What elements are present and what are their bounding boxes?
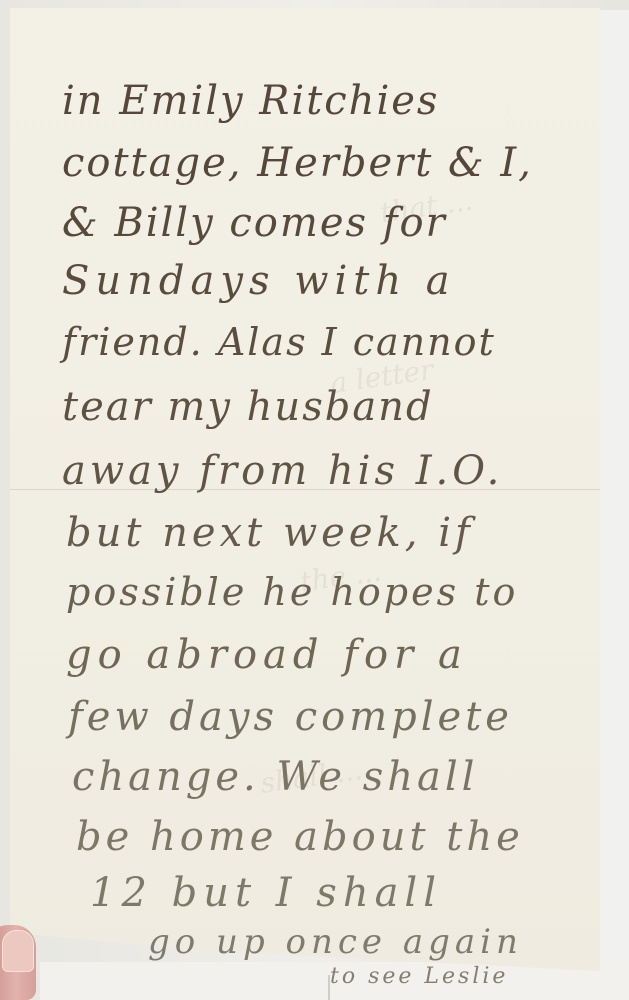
text-line: Sundays with a	[62, 258, 456, 304]
text-line: be home about the	[76, 814, 524, 860]
thumbnail-nail	[2, 930, 34, 972]
text-line: friend. Alas I cannot	[62, 320, 496, 364]
text-line: tear my husband	[62, 384, 434, 430]
text-line: change. We shall	[72, 754, 478, 800]
text-line: but next week, if	[66, 510, 474, 556]
text-line: 12 but I shall	[90, 870, 442, 916]
text-line: to see Leslie	[330, 964, 508, 989]
text-line: go abroad for a	[66, 632, 468, 678]
text-line: possible he hopes to	[66, 570, 518, 614]
text-line: few days complete	[68, 694, 513, 740]
text-line: in Emily Ritchies	[62, 78, 439, 124]
text-line: & Billy comes for	[62, 200, 447, 246]
text-line: away from his I.O.	[62, 448, 503, 494]
text-line: cottage, Herbert & I,	[62, 140, 533, 186]
text-line: go up once again	[148, 922, 523, 962]
